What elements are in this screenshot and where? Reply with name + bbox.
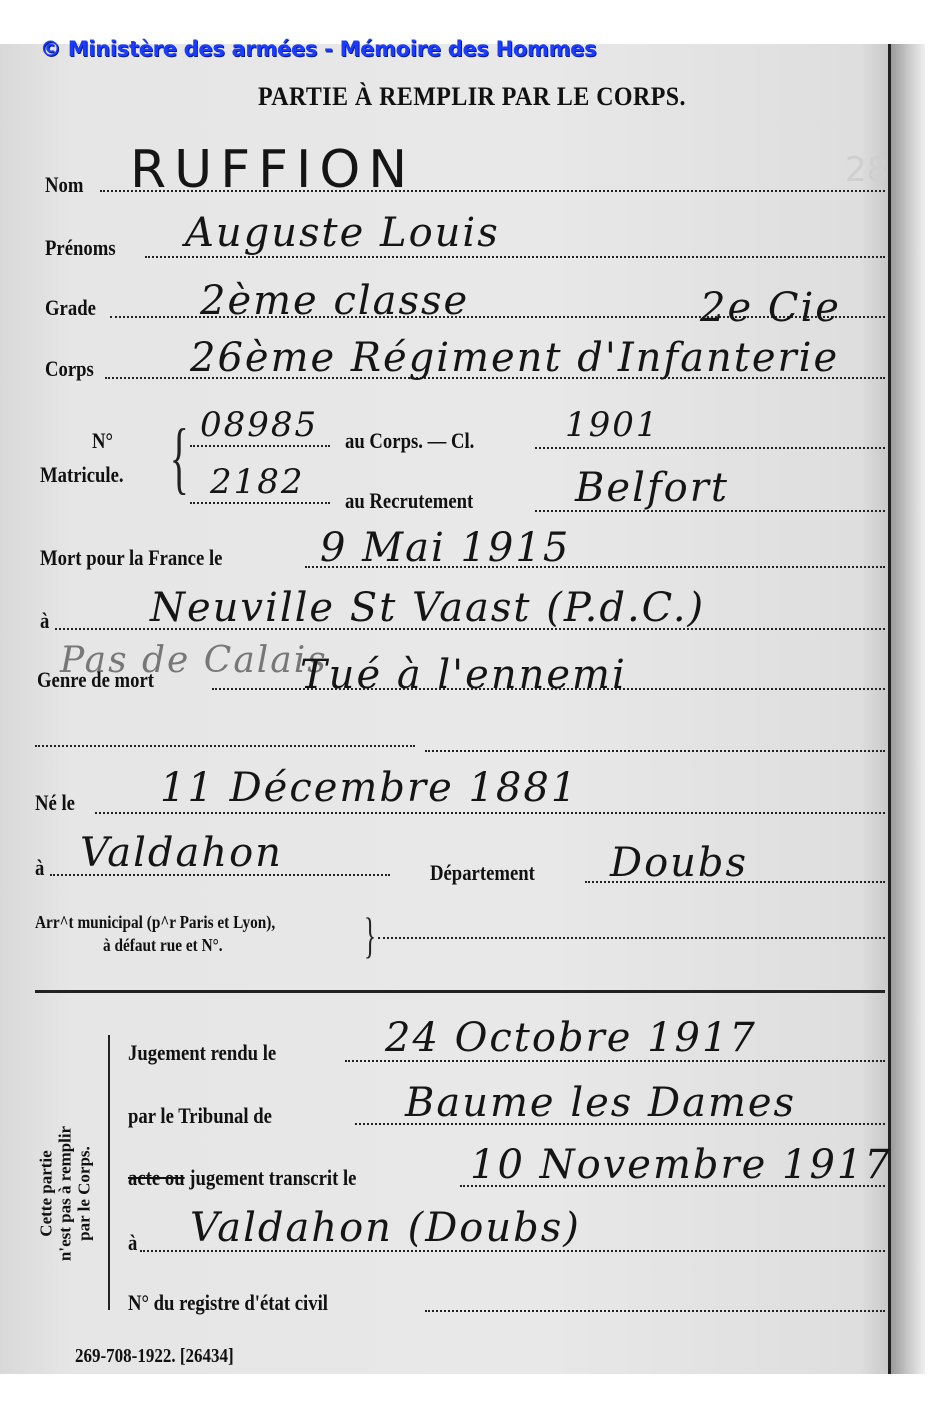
- ne-lieu-label: à: [35, 855, 44, 881]
- transcrit-value: 10 Novembre 1917: [470, 1142, 892, 1188]
- grade-label: Grade: [45, 295, 96, 321]
- arrondissement-label-2: à défaut rue et N°.: [103, 935, 223, 956]
- arrondissement-brace: }: [364, 910, 376, 960]
- corps-class-label: au Corps. — Cl.: [345, 428, 474, 454]
- side-bracket: [108, 1035, 110, 1310]
- grade-value: 2ème classe: [200, 278, 469, 324]
- nom-label: Nom: [45, 172, 83, 198]
- prenoms-label: Prénoms: [45, 235, 116, 261]
- corps-value: 26ème Régiment d'Infanterie: [190, 335, 839, 381]
- section-divider: [35, 990, 885, 993]
- recrutement-number-value: 2182: [210, 462, 305, 502]
- genre-mort-label: Genre de mort: [37, 667, 154, 693]
- ne-le-label: Né le: [35, 790, 75, 816]
- jugement-rendu-label: Jugement rendu le: [128, 1040, 276, 1066]
- genre-mort-value: Tué à l'ennemi: [300, 652, 627, 698]
- transcrit-lieu-value: Valdahon (Doubs): [190, 1205, 581, 1251]
- recrutement-number-line: [190, 502, 330, 504]
- matricule-label: Matricule.: [40, 462, 124, 488]
- mort-date-value: 9 Mai 1915: [320, 525, 570, 571]
- prenoms-value: Auguste Louis: [185, 210, 500, 256]
- arrondissement-label-1: Arr^t municipal (p^r Paris et Lyon),: [35, 912, 275, 933]
- side-note-line-2: n'est pas à remplir: [56, 1109, 75, 1279]
- form-heading: PARTIE À REMPLIR PAR LE CORPS.: [38, 82, 906, 112]
- registre-line: [425, 1310, 885, 1312]
- ne-le-value: 11 Décembre 1881: [160, 765, 578, 811]
- departement-value: Doubs: [610, 840, 748, 886]
- side-note-line-1: Cette partie: [37, 1109, 56, 1279]
- mort-date-label: Mort pour la France le: [40, 545, 222, 571]
- ne-lieu-value: Valdahon: [80, 830, 283, 876]
- side-note: Cette partie n'est pas à remplir par le …: [37, 1109, 94, 1279]
- corner-number: 28: [845, 150, 888, 190]
- transcrit-label-wrap: acte ou jugement transcrit le: [128, 1165, 356, 1191]
- matricule-brace: {: [170, 418, 189, 498]
- classe-value: 1901: [565, 405, 660, 445]
- genre-mort-line-2a: [35, 745, 415, 747]
- prenoms-line: [145, 256, 885, 258]
- transcrit-label: jugement transcrit le: [189, 1165, 356, 1190]
- mort-lieu-value: Neuville St Vaast (P.d.C.): [150, 585, 705, 631]
- transcrit-label-struck: acte ou: [128, 1165, 185, 1190]
- tribunal-value: Baume les Dames: [405, 1080, 796, 1126]
- page-edge-shadow: [891, 44, 925, 1374]
- recrutement-value: Belfort: [575, 465, 729, 511]
- departement-label: Département: [430, 860, 535, 886]
- registre-label: N° du registre d'état civil: [128, 1290, 328, 1316]
- genre-mort-line-2b: [425, 750, 885, 752]
- nom-value: RUFFION: [130, 140, 415, 200]
- corps-number-value: 08985: [200, 405, 318, 445]
- arrondissement-line: [378, 937, 885, 939]
- print-reference: 269-708-1922. [26434]: [75, 1345, 234, 1368]
- jugement-rendu-value: 24 Octobre 1917: [385, 1015, 757, 1061]
- corps-number-line: [190, 445, 330, 447]
- tribunal-label: par le Tribunal de: [128, 1103, 272, 1129]
- side-note-line-3: par le Corps.: [75, 1109, 94, 1279]
- matricule-label-no: N°: [92, 428, 113, 454]
- mort-lieu-label: à: [40, 608, 49, 634]
- recrutement-label: au Recrutement: [345, 488, 473, 514]
- corps-label: Corps: [45, 356, 94, 382]
- classe-line: [535, 447, 885, 449]
- copyright-watermark: © Ministère des armées - Mémoire des Hom…: [40, 37, 596, 61]
- transcrit-lieu-label: à: [128, 1230, 137, 1256]
- grade-company: 2e Cie: [700, 285, 841, 331]
- ne-le-line: [95, 812, 885, 814]
